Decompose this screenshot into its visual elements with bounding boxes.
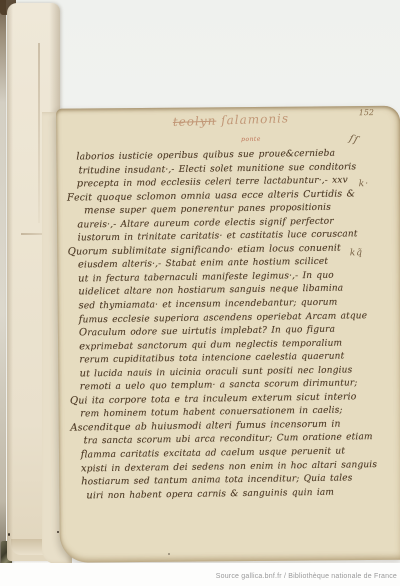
interlinear-gloss: ponte	[241, 136, 261, 143]
ink-speck	[8, 533, 10, 536]
running-title: teolyn ſalamonis	[173, 111, 290, 129]
margin-mark: ſſ	[348, 133, 360, 146]
text-block: laborios iusticie operibus quibus sue pr…	[66, 146, 371, 503]
watermark-bar: Source gallica.bnf.fr / Bibliothèque nat…	[0, 563, 400, 586]
book-spine-edge	[0, 0, 6, 570]
ink-speck	[57, 531, 59, 533]
folio-number: 152	[359, 108, 374, 117]
ink-speck	[168, 553, 170, 555]
page-surface: teolyn ſalamonis ponte 152 ſſ k· kq̃ lab…	[55, 105, 400, 564]
source-watermark: Source gallica.bnf.fr / Bibliothèque nat…	[216, 573, 397, 580]
flyleaf-crease	[38, 43, 40, 223]
running-title-rest: ſalamonis	[221, 111, 289, 127]
manuscript-page: teolyn ſalamonis ponte 152 ſſ k· kq̃ lab…	[56, 106, 400, 563]
running-title-struck-word: teolyn	[173, 114, 217, 129]
digitized-manuscript-photo: teolyn ſalamonis ponte 152 ſſ k· kq̃ lab…	[0, 0, 400, 586]
